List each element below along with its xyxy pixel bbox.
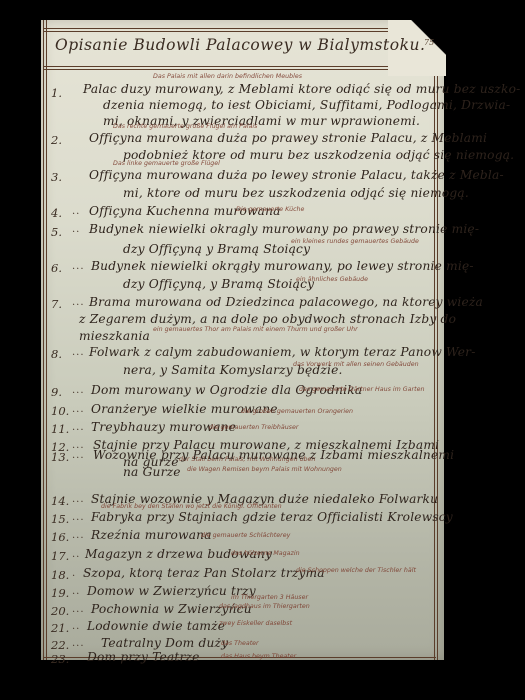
right-margin-rule <box>434 20 435 660</box>
header-rule-inner <box>43 69 436 70</box>
entry-number: 17. <box>51 549 73 563</box>
entry-line: Rzeźnia murowana <box>91 528 212 542</box>
leader-dots: ... <box>72 530 85 541</box>
entry-number: 2. <box>51 133 73 147</box>
entry-number: 8. <box>51 347 73 361</box>
entry-line: mieszkania <box>79 329 150 343</box>
entry-line: Dom przy Teatrze <box>87 650 200 664</box>
entry-number: 21. <box>51 621 73 635</box>
leader-dots: ... <box>72 261 85 272</box>
leader-dots: .. <box>72 206 80 217</box>
german-gloss: die großen gemauerten Orangerien <box>241 408 353 415</box>
entry-number: 1. <box>51 86 73 100</box>
entry-line: dzy Offiçyną, y Bramą Stoiący <box>123 277 314 291</box>
german-gloss: die gemauerte Schlächterey <box>201 532 290 539</box>
entry-number: 22. <box>51 638 73 652</box>
right-margin-rule-outer <box>437 20 438 660</box>
entry-number: 19. <box>51 586 73 600</box>
entry-line: Wozownie przy Palacu murowane z Izbami m… <box>93 448 454 462</box>
german-gloss: das Jagdhaus im Thiergarten <box>219 603 310 610</box>
leader-dots: ... <box>72 512 85 523</box>
entry-line: mi, ktore od muru bez uszkodzenia odjąć … <box>123 186 469 200</box>
entry-line: Lodownie dwie tamże <box>87 619 225 633</box>
german-gloss: die Wagen Remisen beym Palais mit Wohnun… <box>187 466 342 473</box>
entry-number: 5. <box>51 225 73 239</box>
german-gloss: das hölzerne Magazin <box>231 550 300 557</box>
manuscript-page: Opisanie Budowli Palacowey w Bialymstoku… <box>41 20 444 660</box>
german-gloss: das gemauerte Gärtner Haus im Garten <box>299 386 424 393</box>
leader-dots: .. <box>72 224 80 235</box>
german-gloss: zwey Eiskeller daselbst <box>219 620 292 627</box>
leader-dots: ... <box>72 494 85 505</box>
entry-line: Folwark z calym zabudowaniem, w ktorym t… <box>89 345 476 359</box>
german-gloss: ein kleines rundes gemauertes Gebäude <box>291 238 419 245</box>
left-margin-rule <box>43 20 44 660</box>
german-gloss: die Fabrik bey den Ställen wo jetzt die … <box>101 503 282 510</box>
entry-number: 14. <box>51 494 73 508</box>
entry-number: 13. <box>51 450 73 464</box>
left-margin-rule-inner <box>46 20 47 660</box>
entry-line: Teatralny Dom duży <box>101 636 228 650</box>
page-title: Opisanie Budowli Palacowey w Bialymstoku… <box>55 36 425 54</box>
german-gloss: im Thiergarten 3 Häuser <box>231 594 308 601</box>
entry-line: Fabryka przy Stajniach gdzie teraz Offic… <box>91 510 453 524</box>
entry-line: z Zegarem dużym, a na dole po obydwoch s… <box>79 312 456 326</box>
german-gloss: Das Palais mit allen darin befindlichen … <box>153 73 302 80</box>
entry-number: 6. <box>51 261 73 275</box>
entry-number: 23. <box>51 652 73 666</box>
entry-number: 7. <box>51 297 73 311</box>
entry-line: Budynek niewielki okragly murowany po pr… <box>89 222 479 236</box>
entry-number: 4. <box>51 206 73 220</box>
entry-line: na Gurze <box>123 465 181 479</box>
entry-line: Offiçyna murowana duża po prawey stronie… <box>89 131 487 145</box>
top-rule <box>43 28 436 29</box>
entry-line: Brama murowana od Dziedzinca palacowego,… <box>89 295 483 309</box>
entry-number: 16. <box>51 530 73 544</box>
german-gloss: Die gemauerte Küche <box>236 206 304 213</box>
leader-dots: ... <box>72 638 85 649</box>
german-gloss: Das rechte gemauerte große Flügel am Pal… <box>113 123 257 130</box>
entry-number: 9. <box>51 385 73 399</box>
entry-line: dzy Offiçyną y Bramą Stoiący <box>123 242 310 256</box>
entry-number: 11. <box>51 422 73 436</box>
german-gloss: ein ähnliches Gebäude <box>296 276 368 283</box>
leader-dots: ... <box>72 297 85 308</box>
german-gloss: das Vorwerk mit allen seinen Gebäuden <box>293 361 419 368</box>
entry-number: 18. <box>51 568 73 582</box>
top-rule-inner <box>43 31 436 32</box>
leader-dots: .. <box>72 586 80 597</box>
leader-dots: ... <box>72 422 85 433</box>
entry-number: 15. <box>51 512 73 526</box>
header-rule <box>43 66 436 67</box>
entry-line: Szopa, ktorą teraz Pan Stolarz trzyma <box>83 566 325 580</box>
leader-dots: .. <box>72 621 80 632</box>
entry-number: 20. <box>51 604 73 618</box>
leader-dots: ... <box>72 450 85 461</box>
german-gloss: Das linke gemauerte große Flügel <box>113 160 220 167</box>
leader-dots: ... <box>72 347 85 358</box>
german-gloss: das Theater <box>221 640 259 647</box>
entry-line: Palac duzy murowany, z Meblami ktore odi… <box>83 82 520 96</box>
leader-dots: .. <box>72 549 80 560</box>
german-gloss: ein gemauertes Thor am Palais mit einem … <box>153 326 358 333</box>
entry-line: Budynek niewielki okrągły murowany, po l… <box>91 259 474 273</box>
german-gloss: die gemauerten Treibhäuser <box>209 424 298 431</box>
leader-dots: ... <box>72 604 85 615</box>
german-gloss: das Haus beym Theater <box>221 653 296 660</box>
page-number: 75 <box>424 38 434 47</box>
leader-dots: . <box>72 568 76 579</box>
entry-line: Offiçyna murowana duża po lewey stronie … <box>89 168 504 182</box>
entry-number: 10. <box>51 404 73 418</box>
leader-dots: ... <box>72 385 85 396</box>
entry-line: dzenia niemogą, to iest Obiciami, Suffit… <box>103 98 510 112</box>
leader-dots: ... <box>72 404 85 415</box>
entry-number: 3. <box>51 170 73 184</box>
german-gloss: die Schoppen welche der Tischler hält <box>296 567 416 574</box>
